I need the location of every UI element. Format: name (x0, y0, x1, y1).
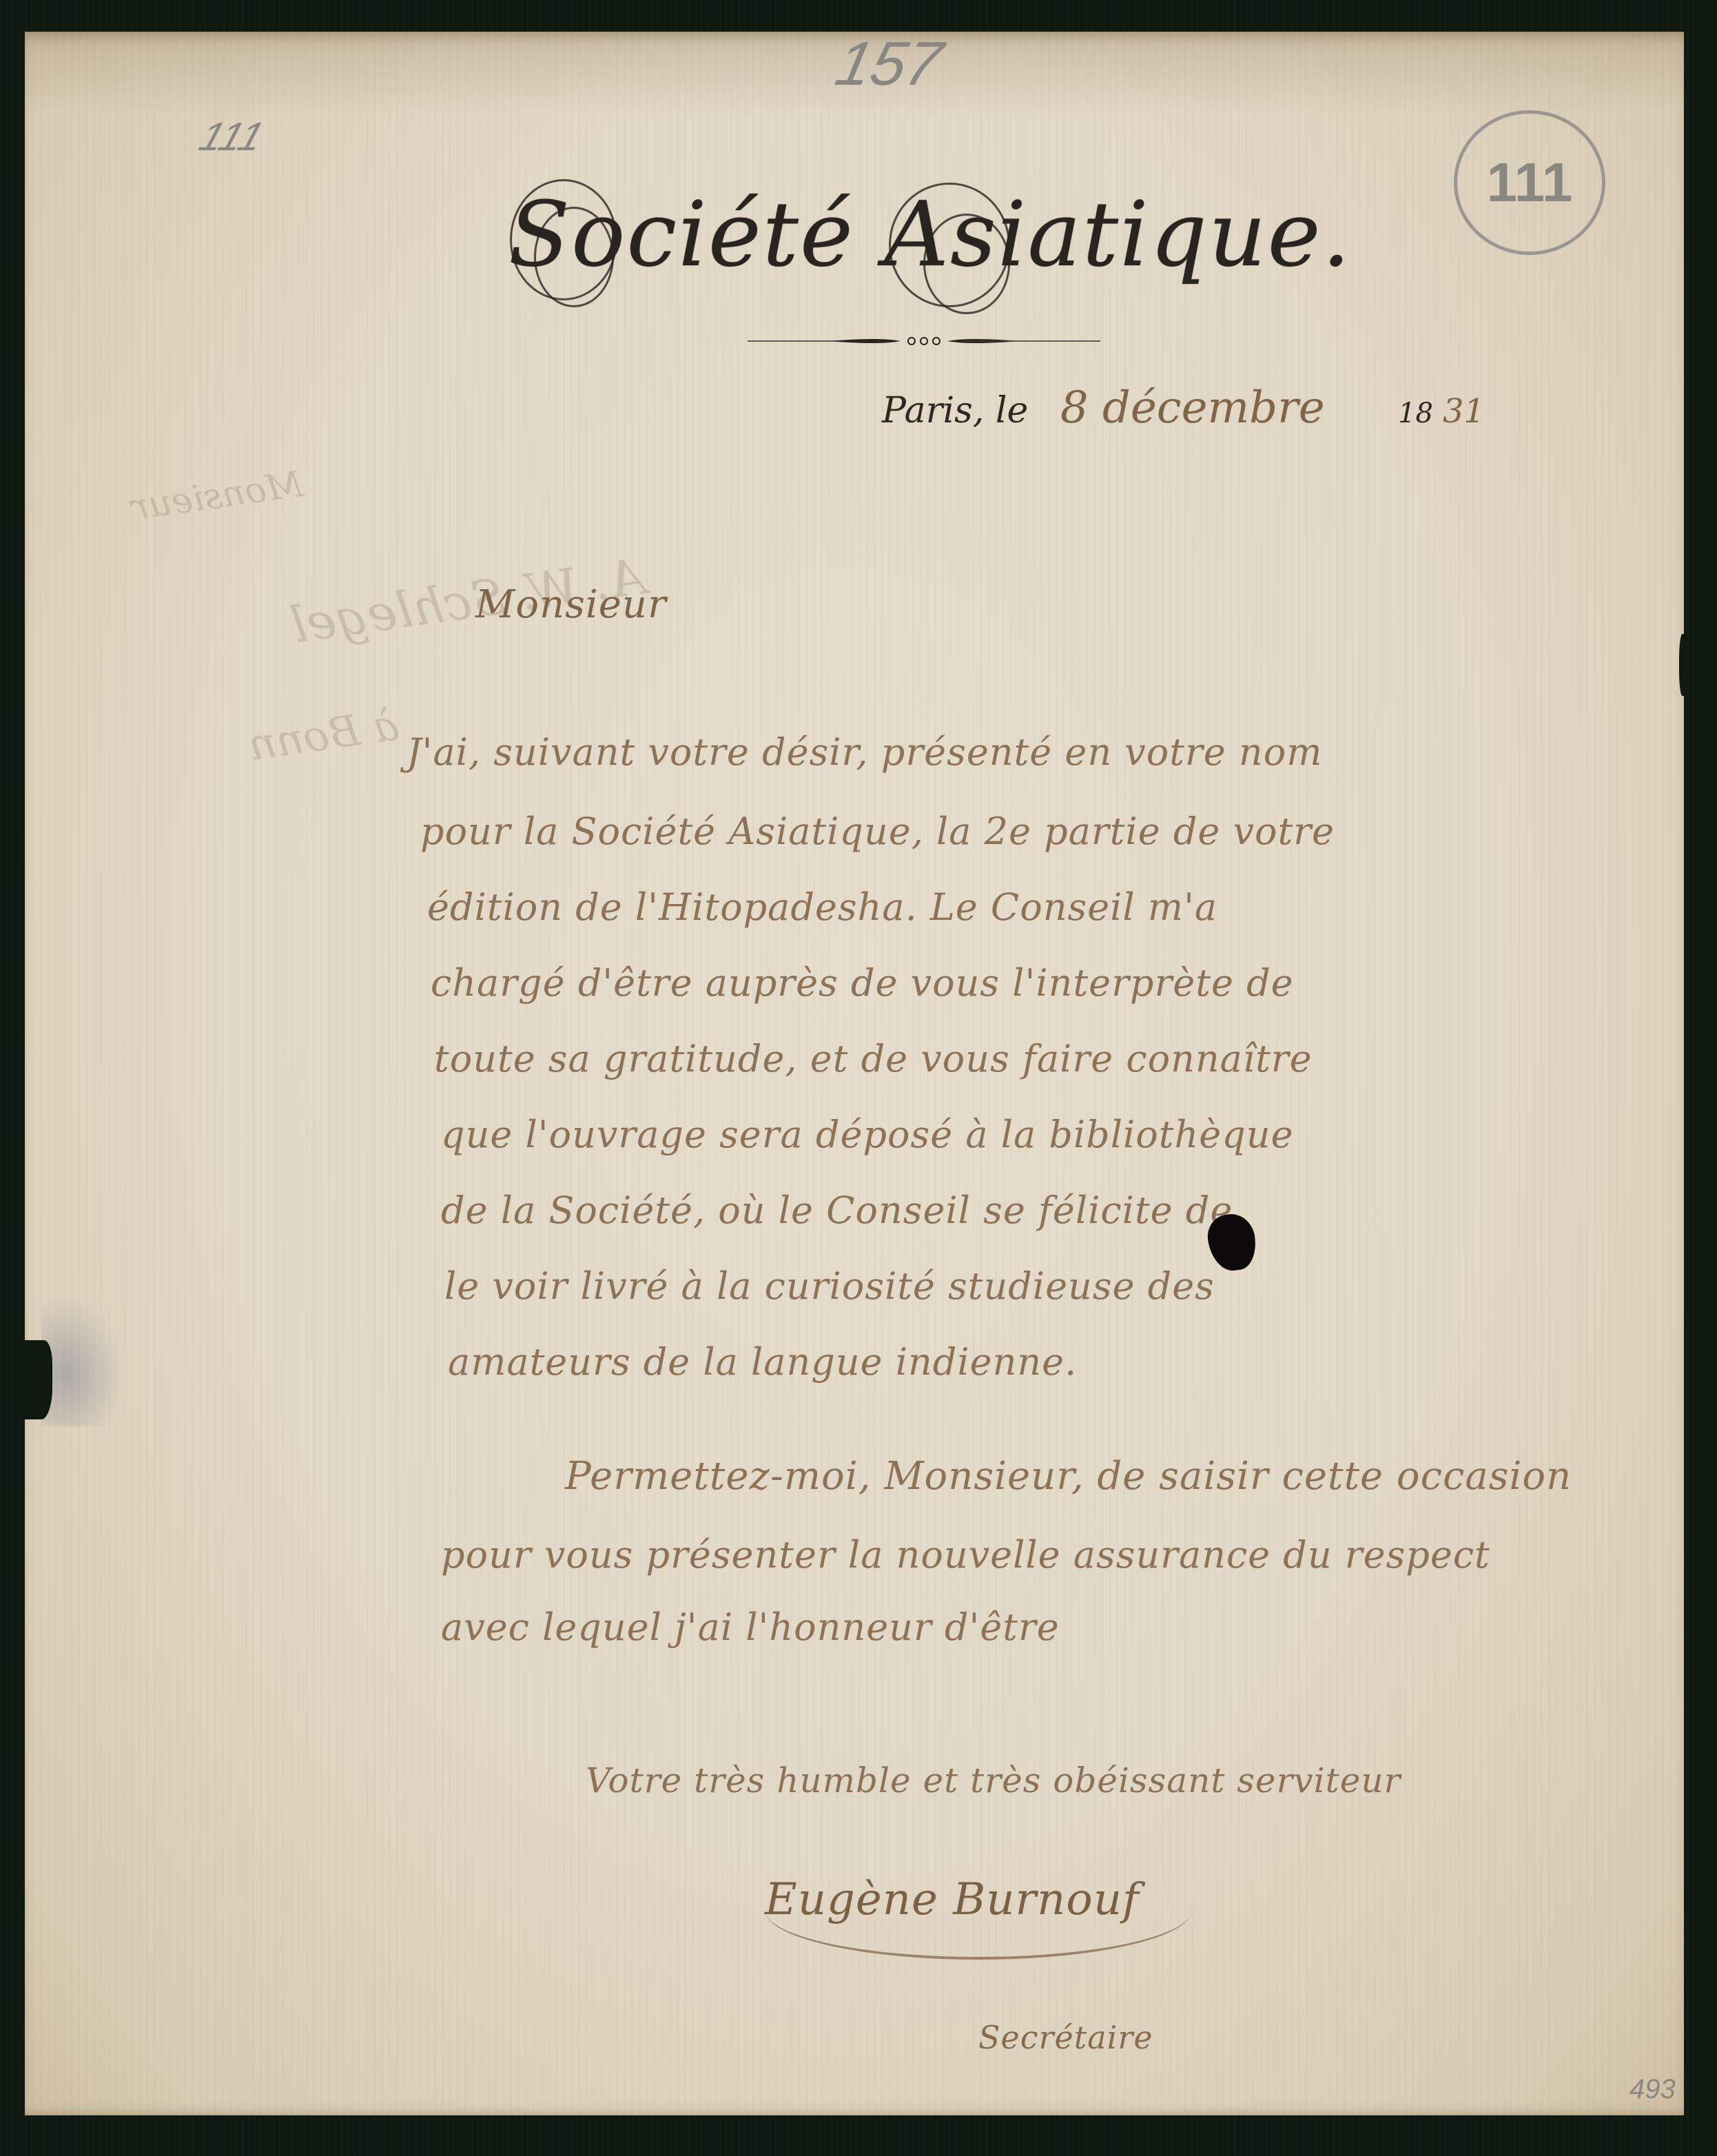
body-line: avec lequel j'ai l'honneur d'être (441, 1605, 1060, 1649)
salutation: Monsieur (475, 582, 667, 627)
body-line: toute sa gratitude, et de vous faire con… (434, 1037, 1313, 1080)
dateline-year-prefix: 18 (1398, 398, 1433, 429)
ornamental-divider-icon (748, 336, 1100, 346)
paper-tear-right (1679, 634, 1687, 696)
calligraphic-flourish-icon (534, 207, 614, 307)
dateline-year-suffix: 31 (1443, 392, 1485, 431)
paper-tear-left (25, 1340, 52, 1419)
body-line: que l'ouvrage sera déposé à la bibliothè… (441, 1113, 1294, 1156)
folio-number: 493 (1629, 2074, 1676, 2105)
closing-line: Votre très humble et très obéissant serv… (586, 1760, 1401, 1800)
body-line: chargé d'être auprès de vous l'interprèt… (431, 961, 1294, 1005)
body-line: J'ai, suivant votre désir, présenté en v… (407, 730, 1322, 774)
body-line: Permettez-moi, Monsieur, de saisir cette… (565, 1454, 1572, 1499)
body-line: amateurs de la langue indienne. (448, 1340, 1077, 1384)
dateline: Paris, le 8 décembre 1831 (882, 382, 1485, 433)
dateline-printed-prefix: Paris, le (882, 390, 1028, 431)
pencil-circled-number: 111 (1454, 110, 1605, 255)
body-line: le voir livré à la curiosité studieuse d… (444, 1264, 1215, 1308)
body-line: pour vous présenter la nouvelle assuranc… (441, 1533, 1490, 1577)
edge-stain (41, 1295, 124, 1426)
letterhead: Société Asiatique. (482, 165, 1378, 324)
calligraphic-flourish-icon (923, 214, 1010, 314)
signature: Eugène Burnouf (765, 1874, 1140, 1925)
body-line: de la Société, où le Conseil se félicite… (441, 1189, 1233, 1232)
pencil-circled-number-text: 111 (1487, 151, 1573, 214)
signature-title: Secrétaire (978, 2019, 1153, 2056)
pencil-number-top: 157 (830, 29, 948, 100)
dateline-day-month: 8 décembre (1060, 382, 1325, 433)
body-line: pour la Société Asiatique, la 2e partie … (420, 810, 1335, 853)
body-line: édition de l'Hitopadesha. Le Conseil m'a (427, 885, 1217, 929)
